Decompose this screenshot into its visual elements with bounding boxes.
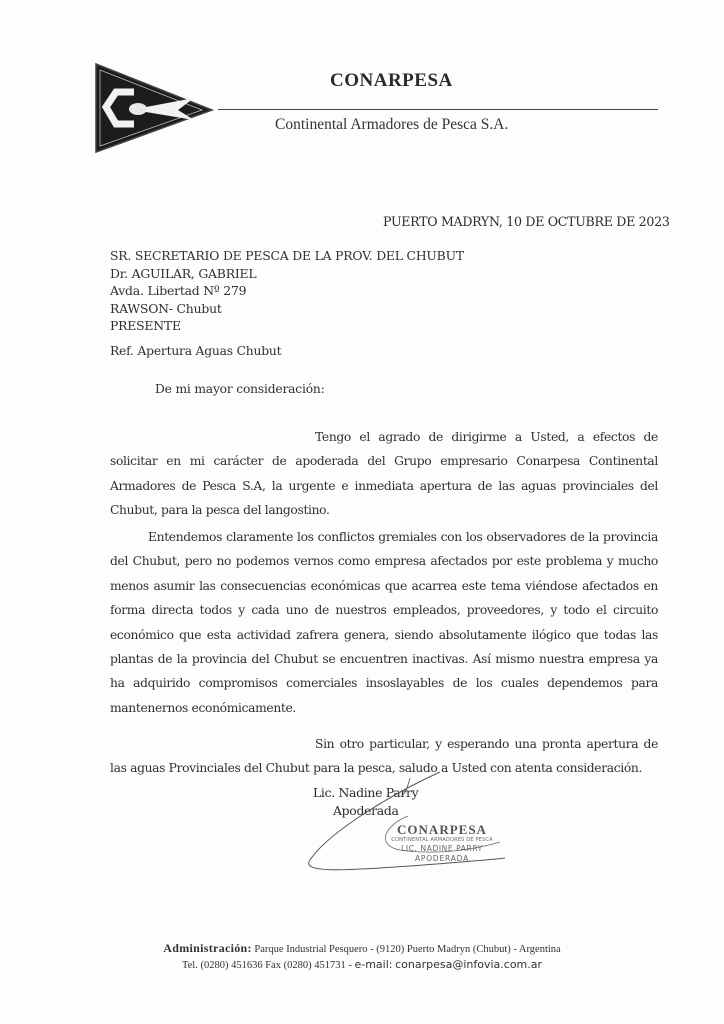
recipient-title: SR. SECRETARIO DE PESCA DE LA PROV. DEL …	[110, 247, 464, 265]
pennant-flag-logo-icon	[94, 62, 214, 154]
paragraph-request: Tengo el agrado de dirigirme a Usted, a …	[110, 425, 658, 523]
header-divider	[218, 109, 658, 110]
footer-email-label: e-mail:	[354, 958, 392, 971]
footer-address: Administración: Parque Industrial Pesque…	[0, 941, 724, 956]
letter-page: CONARPESA Continental Armadores de Pesca…	[0, 0, 724, 1024]
recipient-city: RAWSON- Chubut	[110, 300, 464, 318]
footer-address-text: Parque Industrial Pesquero - (9120) Puer…	[254, 944, 560, 955]
footer-phones: Tel. (0280) 451636 Fax (0280) 451731 -	[182, 960, 352, 971]
recipient-name: Dr. AGUILAR, GABRIEL	[110, 265, 464, 283]
company-full-name: Continental Armadores de Pesca S.A.	[275, 116, 508, 134]
recipient-presente: PRESENTE	[110, 317, 464, 335]
recipient-block: SR. SECRETARIO DE PESCA DE LA PROV. DEL …	[110, 247, 464, 335]
paragraph-conflict: Entendemos claramente los conflictos gre…	[110, 525, 658, 720]
company-name: CONARPESA	[330, 70, 453, 92]
footer-admin-label: Administración:	[163, 941, 252, 955]
handwritten-signature-icon	[290, 770, 520, 880]
greeting: De mi mayor consideración:	[155, 382, 325, 396]
footer-email: conarpesa@infovia.com.ar	[395, 958, 542, 971]
recipient-address: Avda. Libertad Nº 279	[110, 282, 464, 300]
reference-line: Ref. Apertura Aguas Chubut	[110, 344, 281, 358]
footer-contact: Tel. (0280) 451636 Fax (0280) 451731 - e…	[0, 958, 724, 971]
date-line: PUERTO MADRYN, 10 DE OCTUBRE DE 2023	[383, 214, 670, 229]
